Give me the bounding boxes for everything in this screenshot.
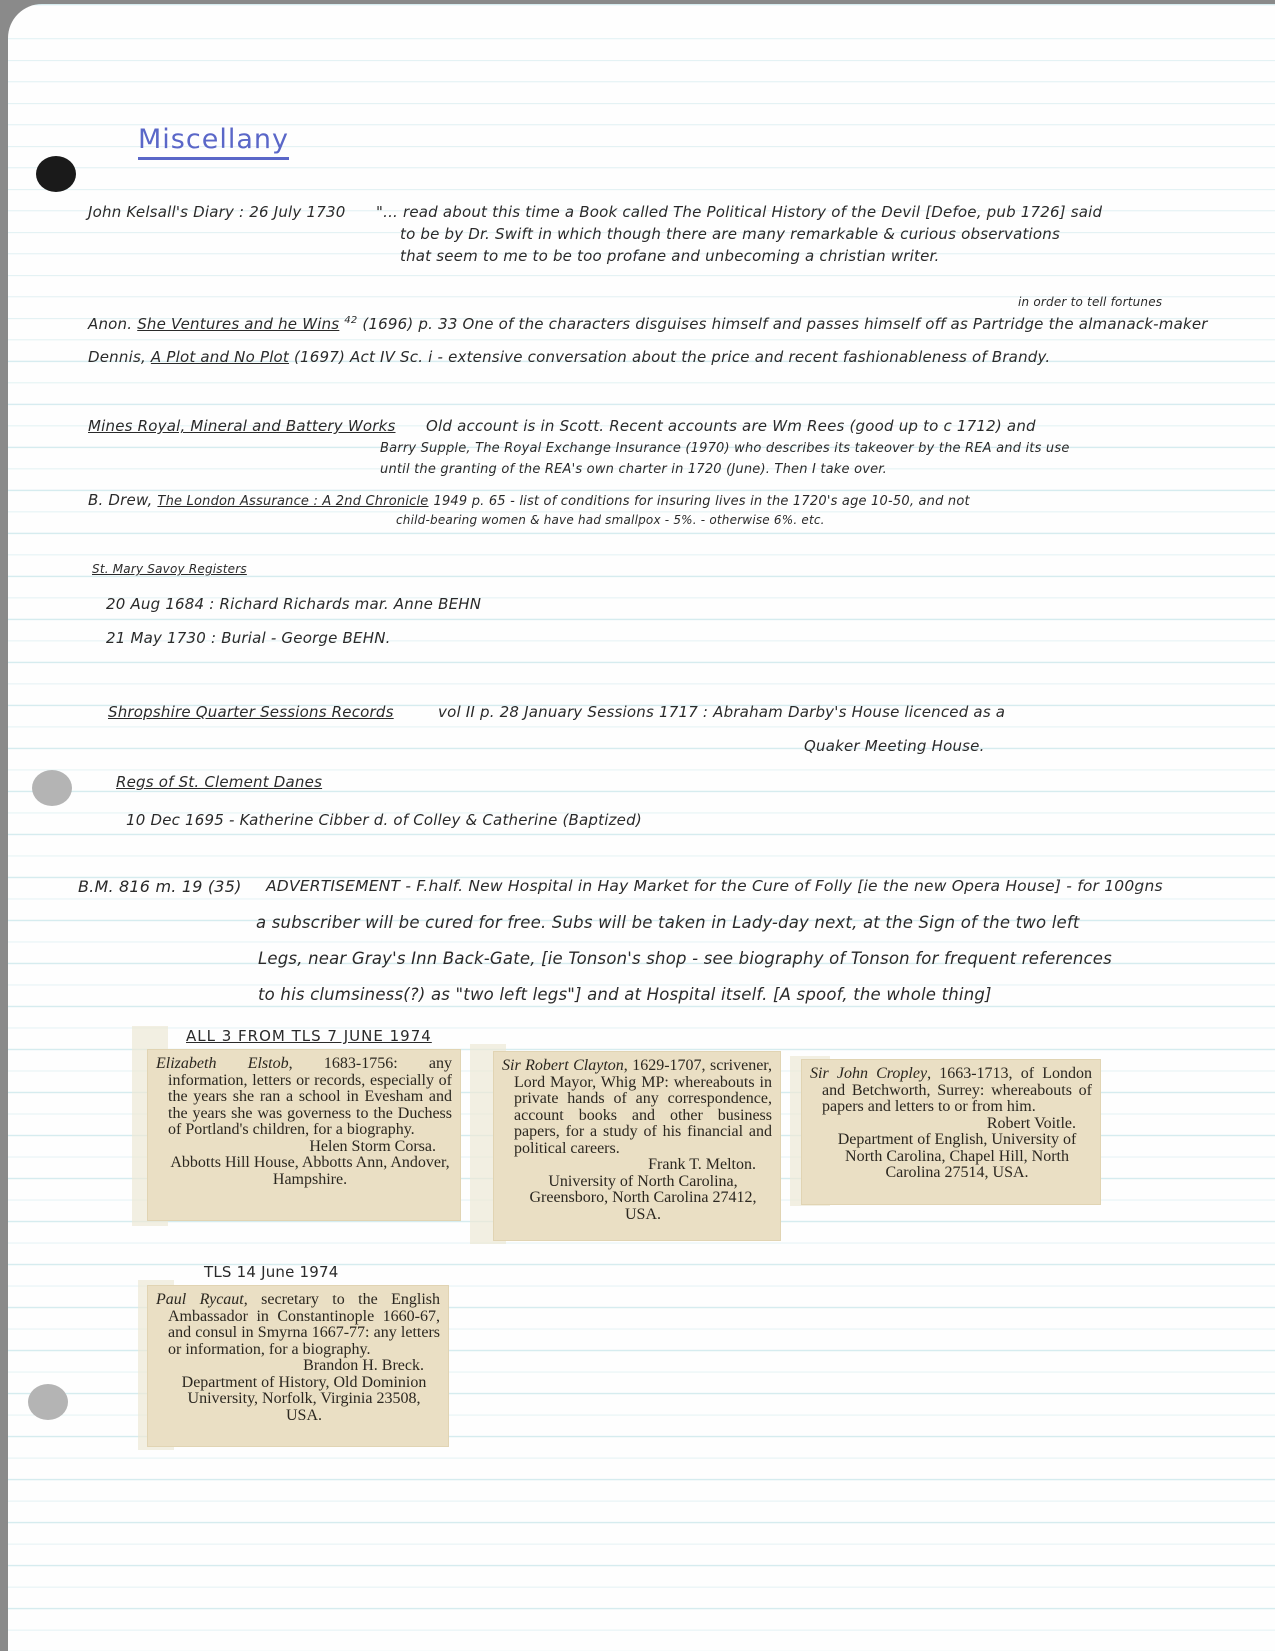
- entry-text: (1696) p. 33 One of the characters disgu…: [362, 315, 1207, 333]
- entry-line: Barry Supple, The Royal Exchange Insuran…: [380, 438, 1070, 459]
- clipping-address: Department of History, Old Dominion Univ…: [156, 1375, 440, 1425]
- entry-source: Mines Royal, Mineral and Battery Works: [88, 416, 396, 437]
- clipping-name: Sir John Cropley: [810, 1065, 927, 1082]
- entry-work-title: She Ventures and he Wins: [137, 315, 339, 333]
- record-item: 10 Dec 1695 - Katherine Cibber d. of Col…: [126, 810, 642, 831]
- entry-line: to be by Dr. Swift in which though there…: [400, 224, 1060, 245]
- entry-line: "... read about this time a Book called …: [376, 202, 1102, 223]
- clipping-name: Elizabeth Elstob: [156, 1055, 289, 1072]
- entry-line: Old account is in Scott. Recent accounts…: [426, 416, 1036, 437]
- entry-text: (1697) Act IV Sc. i - extensive conversa…: [294, 348, 1050, 366]
- entry-source: B.M. 816 m. 19 (35): [78, 876, 242, 897]
- entry-work-title: The London Assurance : A 2nd Chronicle: [157, 494, 428, 509]
- clipping-signature: Frank T. Melton.: [502, 1157, 772, 1174]
- entry-source: Dennis,: [88, 348, 146, 366]
- entry-source: B. Drew,: [88, 491, 152, 509]
- entry-line: 1949 p. 65 - list of conditions for insu…: [433, 494, 969, 509]
- entry-item: B. Drew, The London Assurance : A 2nd Ch…: [88, 490, 970, 512]
- entry-source: John Kelsall's Diary : 26 July 1730: [88, 202, 345, 223]
- entry-line: Quaker Meeting House.: [804, 736, 985, 757]
- entry-line: child-bearing women & have had smallpox …: [396, 510, 825, 531]
- clippings-label: ALL 3 FROM TLS 7 JUNE 1974: [186, 1026, 432, 1047]
- clipping-name: Paul Rycaut: [156, 1291, 244, 1308]
- clipping-address: Department of English, University of Nor…: [810, 1132, 1092, 1182]
- punch-hole: [32, 770, 72, 806]
- entry-work-title: A Plot and No Plot: [151, 348, 289, 366]
- newspaper-clipping: Sir Robert Clayton, 1629-1707, scrivener…: [494, 1052, 780, 1240]
- entry-item: Dennis, A Plot and No Plot (1697) Act IV…: [88, 347, 1050, 368]
- clipping-name: Sir Robert Clayton: [502, 1057, 624, 1074]
- clipping-address: Abbotts Hill House, Abbotts Ann, Andover…: [156, 1155, 452, 1188]
- record-item: 20 Aug 1684 : Richard Richards mar. Anne…: [106, 594, 481, 615]
- entry-source: St. Mary Savoy Registers: [92, 559, 247, 580]
- entry-source: Regs of St. Clement Danes: [116, 772, 322, 793]
- entry-source: Anon.: [88, 315, 132, 333]
- clippings-label: TLS 14 June 1974: [204, 1262, 338, 1283]
- page-title: Miscellany: [138, 124, 289, 160]
- punch-hole: [28, 1384, 68, 1420]
- entry-line: to his clumsiness(?) as "two left legs"]…: [258, 984, 992, 1005]
- entry-line: until the granting of the REA's own char…: [380, 459, 887, 480]
- punch-hole: [36, 156, 76, 192]
- clipping-address: University of North Carolina, Greensboro…: [502, 1174, 772, 1224]
- entry-line: that seem to me to be too profane and un…: [400, 246, 940, 267]
- clipping-signature: Brandon H. Breck.: [156, 1358, 440, 1375]
- record-item: 21 May 1730 : Burial - George BEHN.: [106, 628, 391, 649]
- newspaper-clipping: Elizabeth Elstob, 1683-1756: any informa…: [148, 1050, 460, 1220]
- clipping-signature: Helen Storm Corsa.: [156, 1139, 452, 1156]
- entry-line: Legs, near Gray's Inn Back-Gate, [ie Ton…: [258, 948, 1112, 969]
- entry-line: ADVERTISEMENT - F.half. New Hospital in …: [266, 876, 1163, 897]
- notebook-page: Miscellany John Kelsall's Diary : 26 Jul…: [8, 4, 1275, 1651]
- clipping-signature: Robert Voitle.: [810, 1116, 1092, 1133]
- newspaper-clipping: Paul Rycaut, secretary to the English Am…: [148, 1286, 448, 1446]
- newspaper-clipping: Sir John Cropley, 1663-1713, of London a…: [802, 1060, 1100, 1204]
- entry-source: Shropshire Quarter Sessions Records: [108, 702, 394, 723]
- entry-line: vol II p. 28 January Sessions 1717 : Abr…: [438, 702, 1005, 723]
- entry-line: a subscriber will be cured for free. Sub…: [256, 912, 1080, 933]
- superscript: 42: [344, 315, 357, 326]
- entry-item: Anon. She Ventures and he Wins 42 (1696)…: [88, 310, 1208, 335]
